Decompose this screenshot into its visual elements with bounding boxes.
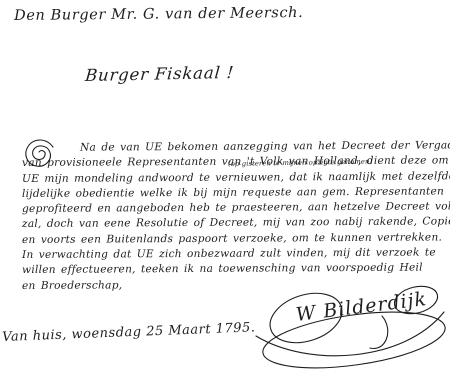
address-line: Den Burger Mr. G. van der Meersch. <box>14 5 303 24</box>
signature: W Bilderdijk <box>254 278 450 371</box>
salutation: Burger Fiskaal ! <box>84 63 234 85</box>
body-paragraph: Na de van UE bekomen aanzegging van het … <box>22 141 448 294</box>
letter-page: Den Burger Mr. G. van der Meersch. Burge… <box>0 0 450 371</box>
date-line: Van huis, woensdag 25 Maart 1795. <box>2 320 256 345</box>
